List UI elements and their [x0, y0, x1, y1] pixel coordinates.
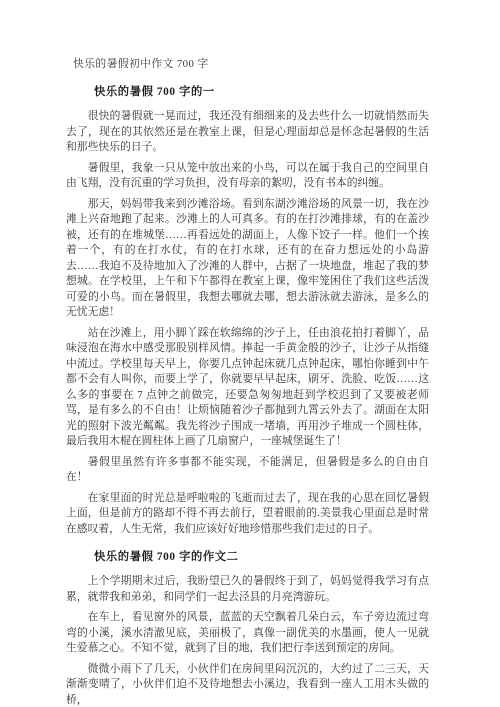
- paragraph: 微微小雨下了几天，小伙伴们在房间里闷沉沉的，大约过了二三天，天渐渐变晴了，小伙伴…: [66, 662, 429, 707]
- document-page: 快乐的暑假初中作文 700 字 快乐的暑假 700 字的一 很快的暑假就一晃而过…: [0, 0, 500, 707]
- section-two-heading: 快乐的暑假 700 字的作文二: [94, 550, 429, 565]
- essay-section-two: 快乐的暑假 700 字的作文二 上个学期期末过后，我盼望已久的暑假终于到了，妈妈…: [66, 550, 429, 707]
- paragraph: 在家里面的时光总是呼啦啦的飞逝而过去了，现在我的心思在回忆暑假上面，但是前方的路…: [66, 491, 429, 538]
- paragraph: 很快的暑假就一晃而过，我还没有细细来的及去些什么一切就悄然而失去了，现在的其依然…: [66, 109, 429, 156]
- paragraph: 暑假里，我象一只从笼中放出来的小鸟，可以在属于我自己的空间里自由飞翔，没有沉重的…: [66, 161, 429, 192]
- essay-section-one: 快乐的暑假 700 字的一 很快的暑假就一晃而过，我还没有细细来的及去些什么一切…: [66, 85, 429, 537]
- paragraph: 站在沙滩上，用小脚丫踩在软绵绵的沙子上，任由浪花拍打着脚丫，品味浸泡在海水中感受…: [66, 326, 429, 450]
- paragraph: 在车上，看见窗外的风景，蓝蓝的天空飘着几朵白云，车子旁边流过弯弯的小溪，溪水清澈…: [66, 610, 429, 657]
- paragraph: 暑假里虽然有许多事都不能实现，不能满足，但暑假是多么的自由自在！: [66, 455, 429, 486]
- section-one-heading: 快乐的暑假 700 字的一: [94, 85, 429, 100]
- document-title: 快乐的暑假初中作文 700 字: [73, 57, 429, 72]
- paragraph: 上个学期期末过后，我盼望已久的暑假终于到了，妈妈觉得我学习有点累，就带我和弟弟，…: [66, 574, 429, 605]
- paragraph: 那天，妈妈带我来到沙滩浴场。看到东湖沙滩浴场的风景一切，我在沙滩上兴奋地跑了起来…: [66, 197, 429, 321]
